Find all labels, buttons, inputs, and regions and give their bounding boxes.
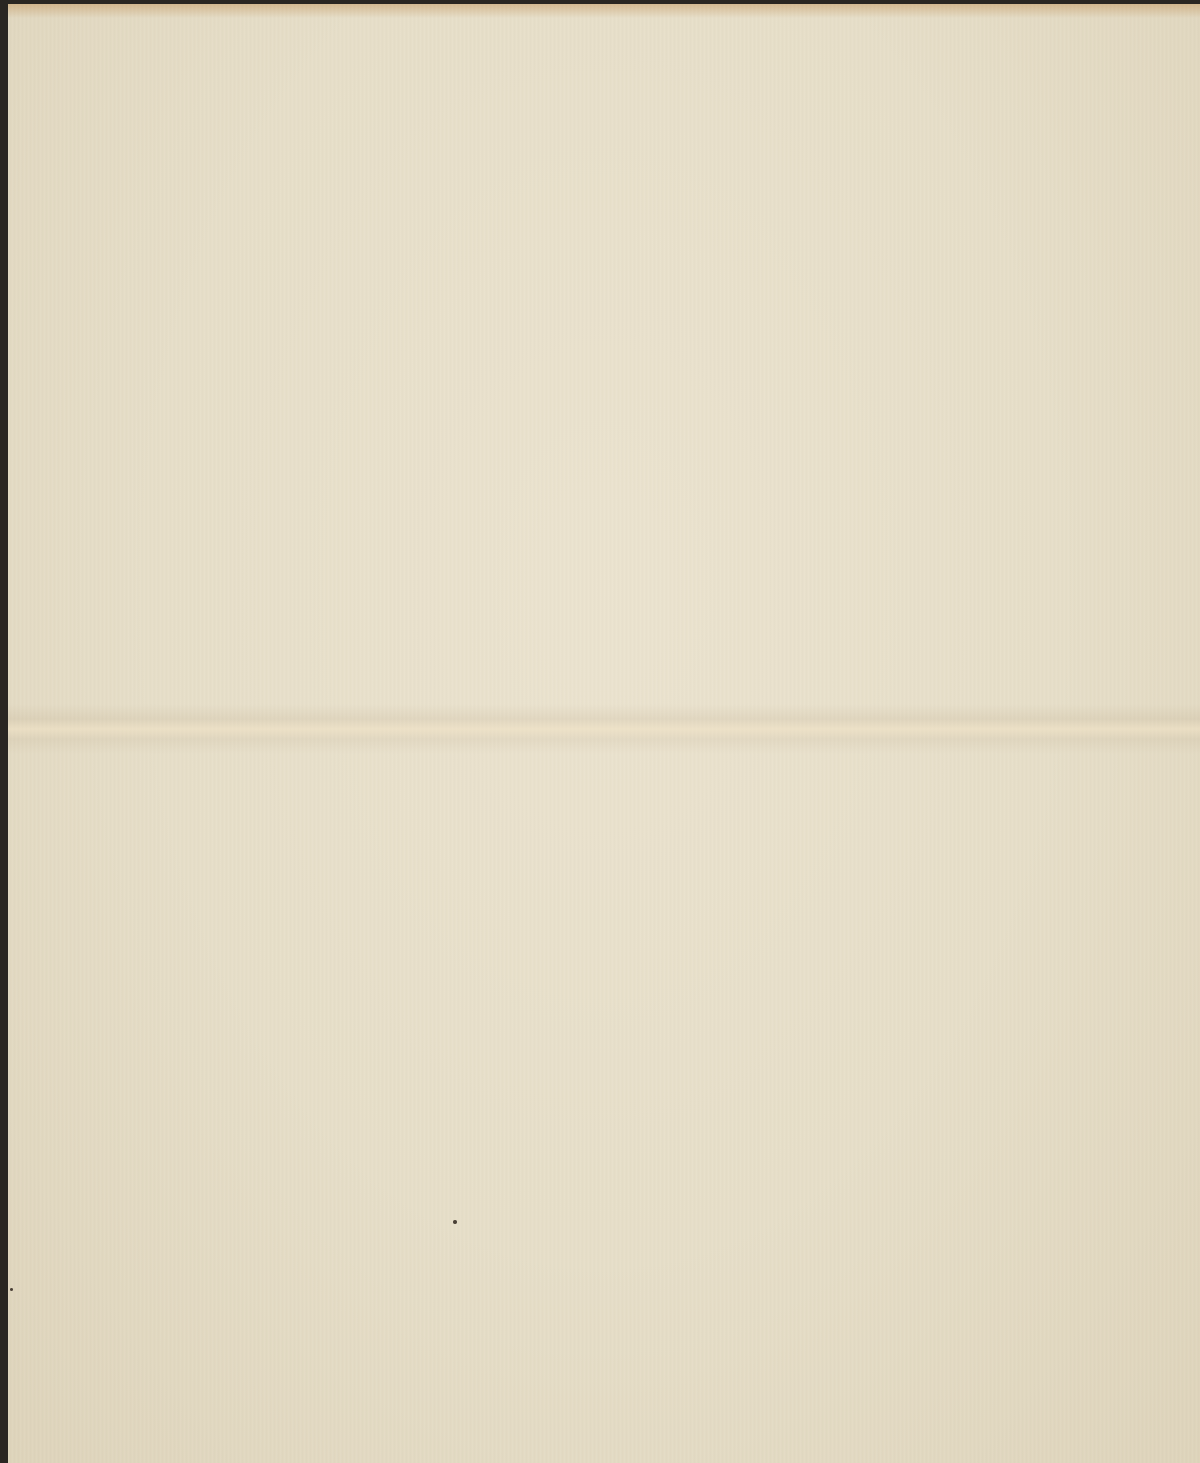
scan-background — [0, 0, 1200, 1463]
fold-line — [8, 704, 1200, 754]
top-edge-stain — [8, 4, 1200, 18]
ink-speck — [453, 1220, 457, 1224]
ink-speck — [10, 1288, 13, 1291]
paper-sheet — [8, 4, 1200, 1463]
